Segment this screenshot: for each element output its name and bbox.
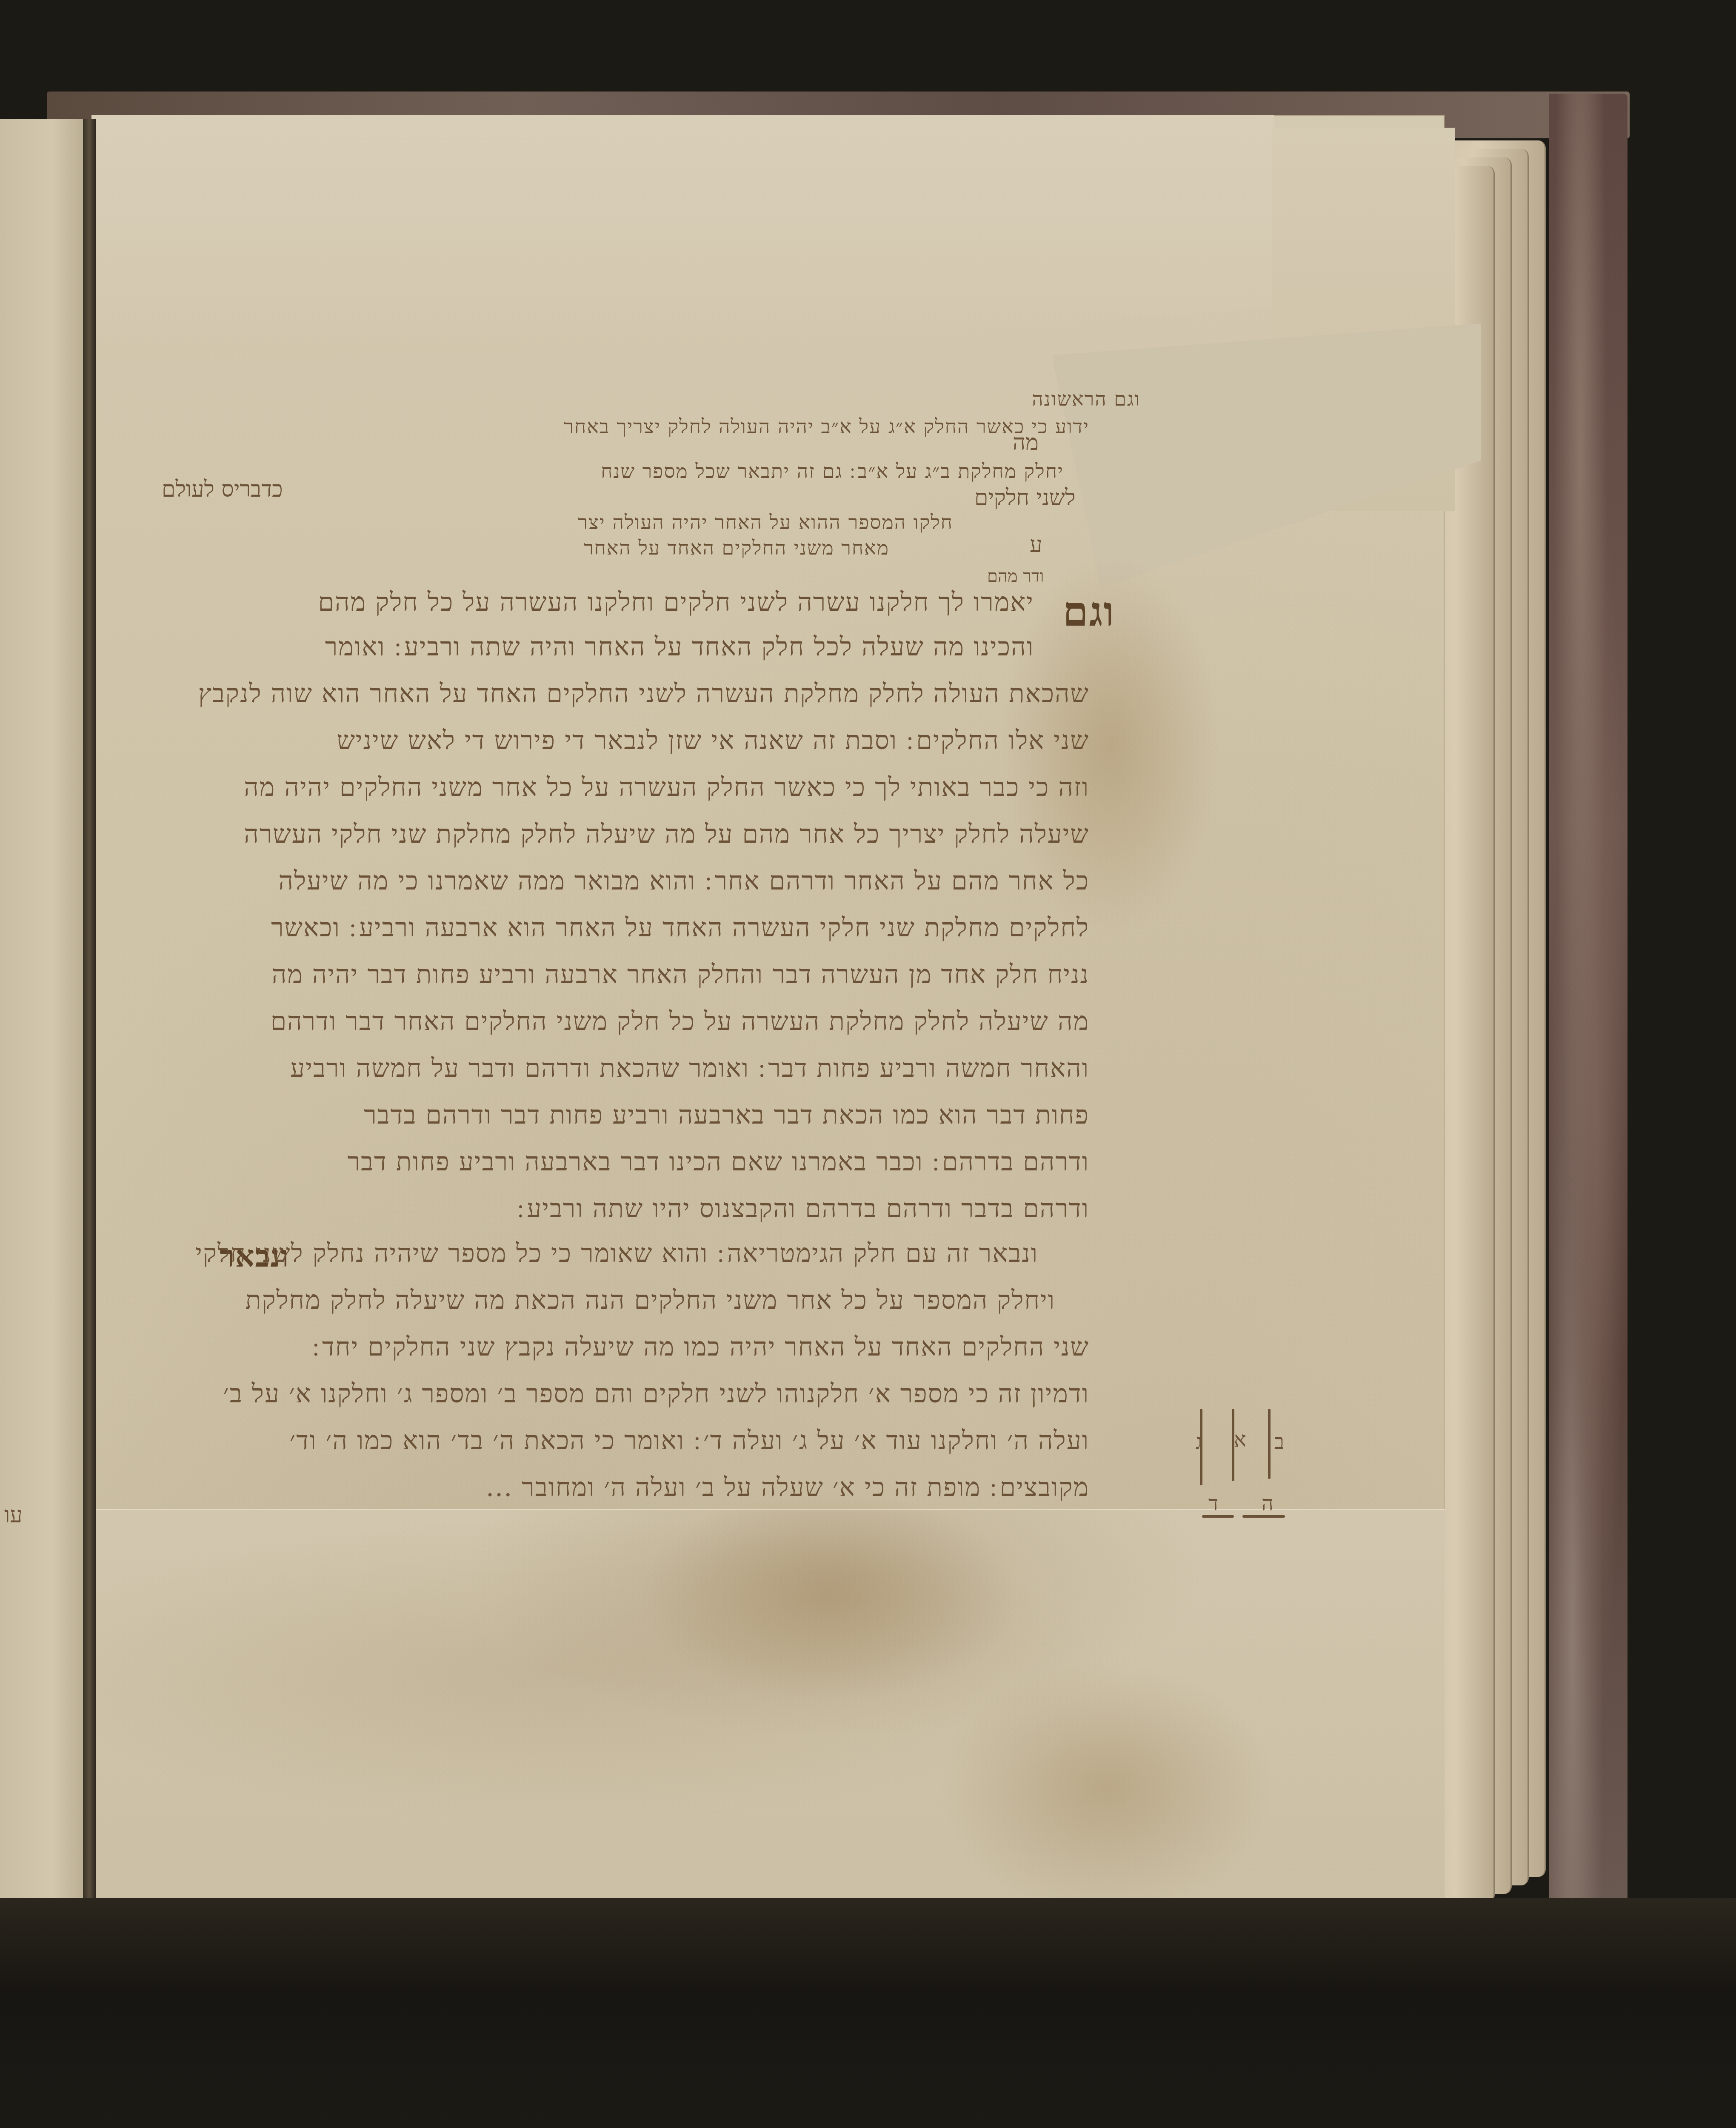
text-line: שיעלה לחלק יצריך כל אחר מהם על מה שיעלה … — [244, 819, 1089, 849]
diagram-line — [1268, 1409, 1271, 1479]
lettered-line-diagram: ג א ב ד ה — [1157, 1404, 1302, 1532]
text-line: ועלה ה׳ וחלקנו עוד א׳ על ג׳ ועלה ד׳ ׃ וא… — [289, 1426, 1089, 1456]
diagram-letter: א — [1234, 1428, 1246, 1452]
text-line: כל אחר מהם על האחר ודרהם אחר ׃ והוא מבוא… — [279, 866, 1090, 896]
paragraph-initial: וגם — [1063, 587, 1115, 635]
text-line: ויחלק המספר על כל אחר משני החלקים הנה הכ… — [246, 1285, 1055, 1315]
margin-note-right: מה — [1013, 430, 1039, 455]
text-line: פחות דבר הוא כמו הכאת דבר בארבעה ורביע פ… — [364, 1100, 1089, 1130]
diagram-letter: ד — [1208, 1492, 1218, 1516]
diagram-letter: ה — [1262, 1492, 1273, 1516]
header-fragment: וגם הראשונה — [1032, 387, 1140, 410]
text-line: שהכאת העולה לחלק מחלקת העשרה לשני החלקים… — [198, 679, 1089, 709]
manuscript-text-block: וגם הראשונה ידוע כי כאשר החלק א״ג על א״ב… — [230, 383, 1089, 1532]
diagram-letter: ג — [1196, 1430, 1202, 1454]
diagram-letter: ב — [1274, 1430, 1284, 1454]
text-line: ידוע כי כאשר החלק א״ג על א״ב יהיה העולה … — [564, 415, 1089, 438]
text-line: ונבאר זה עם חלק הגימטריאה ׃ והוא שאומר כ… — [195, 1238, 1038, 1268]
text-line: שני אלו החלקים ׃ וסבת זה שאנה אי שזן לנב… — [337, 726, 1089, 755]
text-line: שני החלקים האחד על האחר יהיה כמו מה שיעל… — [312, 1332, 1089, 1362]
text-line: והאחר חמשה ורביע פחות דבר ׃ ואומר שהכאת … — [290, 1053, 1089, 1083]
text-line: והכינו מה שעלה לכל חלק האחד על האחר והיה… — [325, 632, 1034, 662]
text-line: יאמרו לך חלקנו עשרה לשני חלקים וחלקנו הע… — [318, 587, 1034, 617]
text-line: לחלקים מחלקת שני חלקי העשרה האחד על האחר… — [271, 913, 1089, 943]
text-line: נניח חלק אחד מן העשרה דבר והחלק האחר ארב… — [272, 960, 1089, 990]
margin-note-right: לשני חלקים — [974, 485, 1075, 511]
margin-note-right: ע — [1030, 532, 1042, 558]
text-line: מאחר משני החלקים האחד על האחר — [584, 536, 889, 559]
text-line: ודמיון זה כי מספר א׳ חלקנוהו לשני חלקים … — [223, 1379, 1089, 1409]
left-page-margin-fragment: עו — [4, 1502, 23, 1528]
marbled-cover-board — [1549, 94, 1627, 1919]
text-line: ודרהם בדרהם ׃ וכבר באמרנו שאם הכינו דבר … — [348, 1147, 1089, 1177]
text-line: מה שיעלה לחלק מחלקת העשרה על כל חלק משני… — [271, 1007, 1089, 1036]
margin-note-right: ודר מהם — [987, 566, 1044, 586]
text-line: מקובצים ׃ מופת זה כי א׳ שעלה על ב׳ ועלה … — [486, 1473, 1089, 1502]
text-line: וגם — [1063, 587, 1115, 635]
text-line: יחלק מחלקת ב״ג על א״ב ׃ גם זה יתבאר שכל … — [601, 460, 1064, 483]
book-gutter — [83, 119, 96, 1919]
margin-note-left: כדבריס לעולם — [162, 477, 283, 502]
text-line: ודרהם בדבר ודרהם בדרהם והקבצנוס יהיו שתה… — [517, 1194, 1089, 1224]
water-stain — [936, 1660, 1276, 1915]
dark-background-bottom — [0, 1898, 1736, 2128]
left-facing-page: עו — [0, 119, 87, 1902]
text-line: חלקו המספר ההוא על האחר יהיה העולה יצר — [578, 511, 953, 534]
text-line: וזה כי כבר באותי לך כי כאשר החלק העשרה ע… — [244, 772, 1089, 802]
